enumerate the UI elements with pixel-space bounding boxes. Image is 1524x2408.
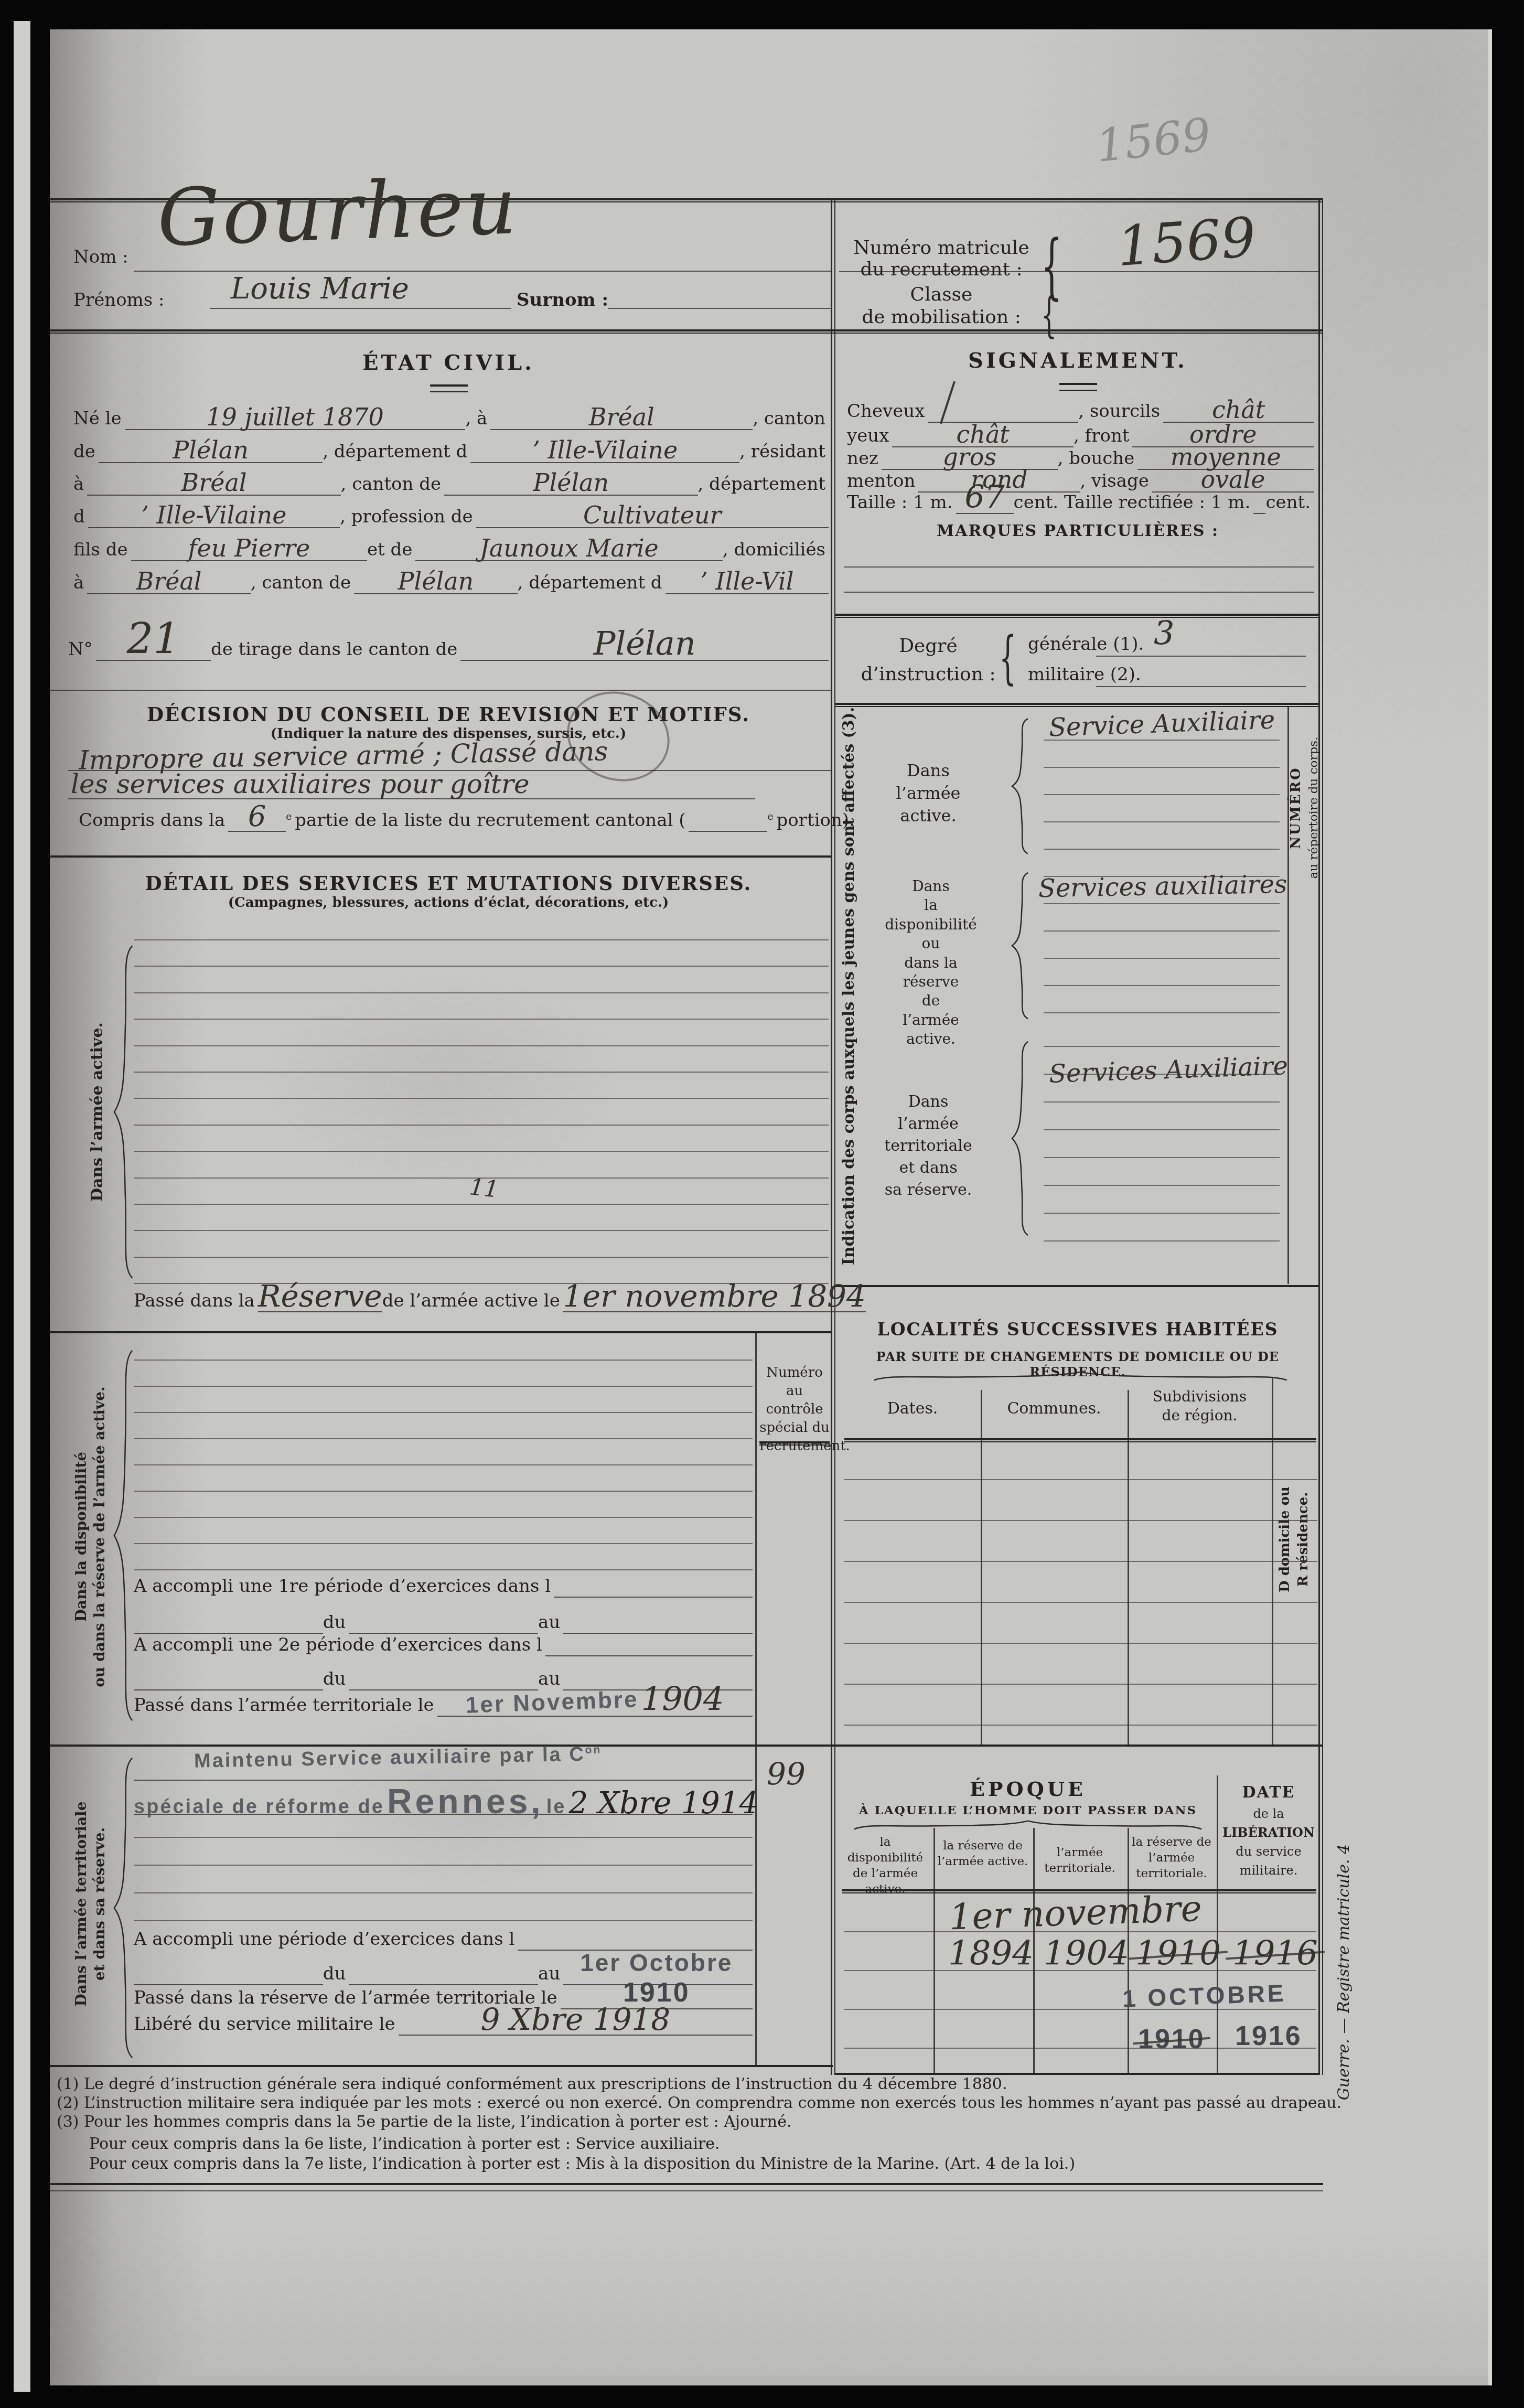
decision-hand-line2: les services auxiliaires pour goître — [71, 769, 530, 799]
epoque-hand-1904: 1904 — [1044, 1934, 1129, 1973]
controle-value: 99 — [767, 1756, 806, 1792]
rule-line — [134, 1360, 753, 1361]
brace-icon — [865, 1370, 1295, 1383]
rule-line — [844, 1643, 1317, 1644]
periode2-row: A accompli une 2e période d’exercices da… — [134, 1629, 753, 1656]
title-ornament — [430, 384, 468, 392]
rule-line — [134, 1464, 753, 1465]
rule-line — [1044, 1213, 1280, 1214]
rule-line — [1044, 903, 1280, 904]
footnote-3: (3) Pour les hommes compris dans la 5e p… — [57, 2113, 791, 2131]
generale-value: 3 — [1154, 614, 1174, 652]
decision-title: DÉCISION DU CONSEIL DE REVISION ET MOTIF… — [68, 703, 829, 726]
underlying-page-edge — [157, 2376, 1488, 2385]
localites-col-communes: Communes. — [981, 1399, 1128, 1418]
side-label-disponibilite: Dans la disponibilitéou dans la réserve … — [72, 1386, 109, 1687]
services-subtitle: (Campagnes, blessures, actions d’éclat, … — [68, 895, 829, 911]
controle-header: Numéro au contrôle spécial du recrutemen… — [759, 1364, 830, 1455]
localites-col-subdivisions: Subdivisionsde région. — [1128, 1387, 1272, 1426]
footnote-4: Pour ceux compris dans la 6e liste, l’in… — [89, 2135, 720, 2153]
rule-line — [1044, 794, 1280, 795]
periode3-row: A accompli une période d’exercices dans … — [134, 1923, 753, 1951]
rule-line — [1044, 740, 1280, 741]
decision-bottom — [50, 855, 831, 858]
rule-line — [134, 1045, 829, 1046]
rule-line — [134, 1920, 753, 1921]
epoque-hand-1916-struck: 1916 — [1232, 1934, 1318, 1973]
section-divider — [50, 1745, 1323, 1747]
militaire-line — [1096, 686, 1306, 687]
surnom-underline — [608, 308, 831, 309]
column-divider — [831, 198, 835, 2075]
frame-right — [1318, 198, 1323, 2075]
epoque-col1: la disponibilité de l’armée active. — [840, 1835, 930, 1898]
rule-line — [1044, 849, 1280, 850]
rule-line — [1044, 1129, 1280, 1130]
epoque-stamp-1910-struck: 1910 — [1138, 2024, 1205, 2055]
footnote-1: (1) Le degré d’instruction générale sera… — [57, 2075, 1007, 2093]
prenoms-value: Louis Marie — [231, 272, 409, 306]
localites-divider — [1128, 1390, 1129, 1745]
side-label-corps: Indication des corps auxquels les jeunes… — [840, 707, 858, 1265]
nom-label: Nom : — [73, 247, 128, 267]
epoque-divider — [933, 1828, 935, 2073]
rule-line — [844, 1520, 1317, 1521]
signalement-row: Cheveux , sourcils chât — [847, 395, 1314, 423]
rule-line — [1044, 876, 1280, 877]
rule-line — [844, 1684, 1317, 1685]
matricule-label: Numéro matriculedu recrutement : — [850, 237, 1033, 280]
localites-top — [835, 1285, 1318, 1287]
rule-line — [134, 992, 829, 993]
passe-territoriale-row: Passé dans l’armée territoriale le 1er N… — [134, 1689, 753, 1717]
rule-line — [1044, 1012, 1280, 1013]
localites-dr-label: D domicile ouR résidence. — [1276, 1486, 1313, 1592]
signalement-title: SIGNALEMENT. — [839, 348, 1316, 373]
adjacent-page-edge — [14, 21, 30, 2392]
rule-line — [134, 1072, 829, 1073]
footnote-5: Pour ceux compris dans la 7e liste, l’in… — [89, 2155, 1075, 2173]
corps-dispo-value: Services auxiliaires — [1038, 870, 1287, 903]
rule-line — [844, 2048, 1316, 2049]
maintenu-stamp-line2: spéciale de réforme de Rennes, le 2 Xbre… — [134, 1781, 758, 1821]
section-divider — [50, 1331, 831, 1333]
nom-value: Gourheu — [156, 167, 520, 258]
rule-line — [134, 1283, 829, 1284]
rule-line — [134, 1098, 829, 1099]
localites-title: LOCALITÉS SUCCESSIVES HABITÉES — [839, 1319, 1316, 1340]
passe-reserve-row: Passé dans la Réserve de l’armée active … — [134, 1285, 831, 1312]
compris-row: Compris dans la 6 e partie de la liste d… — [79, 805, 792, 832]
rule-line — [1044, 1157, 1280, 1158]
signalement-taille-row: Taille : 1 m. 67 cent. Taille rectifiée … — [847, 487, 1314, 514]
tirage-row: N° 21 de tirage dans le canton de Plélan — [68, 634, 829, 661]
frame-bottom-left — [50, 2065, 833, 2067]
rule-line — [844, 1561, 1317, 1562]
epoque-col4: la réserve de l’armée territoriale. — [1130, 1835, 1214, 1882]
epoque-hand-1910-struck: 1910 — [1135, 1934, 1221, 1973]
rule-line — [134, 1438, 753, 1439]
rule-line — [844, 1970, 1316, 1971]
rule-line — [134, 1204, 829, 1205]
etat-civil-row: à Bréal , canton de Plélan , département… — [73, 567, 829, 594]
etat-civil-row: fils de feu Pierre et de Jaunoux Marie ,… — [73, 534, 829, 561]
title-ornament — [1059, 383, 1097, 391]
side-label-armee-active: Dans l’armée active. — [88, 1022, 106, 1202]
periode1-row: A accompli une 1re période d’exercices d… — [134, 1570, 753, 1598]
militaire-label: militaire (2). — [1028, 664, 1141, 685]
rule-line — [134, 1865, 753, 1866]
signalement-bottom — [835, 614, 1318, 618]
rule-line — [1044, 1074, 1280, 1075]
header-bottom — [50, 329, 1323, 334]
rule-line — [134, 1019, 829, 1020]
rule-line — [134, 1230, 829, 1231]
epoque-stamp-octobre: 1 OCTOBRE — [1122, 1979, 1286, 2013]
brace-icon — [1010, 870, 1031, 1022]
generale-line — [1096, 656, 1306, 657]
rule-line — [844, 1602, 1317, 1603]
epoque-title: ÉPOQUE — [839, 1777, 1217, 1801]
epoque-col3: l’armée territoriale. — [1035, 1845, 1124, 1877]
etat-civil-row: à Bréal , canton de Plélan , département — [73, 468, 829, 496]
services-title: DÉTAIL DES SERVICES ET MUTATIONS DIVERSE… — [68, 872, 829, 895]
footnote-2: (2) L’instruction militaire sera indiqué… — [57, 2094, 1341, 2112]
rule-line — [134, 966, 829, 967]
rule-line — [134, 1151, 829, 1152]
rule-line — [1044, 821, 1280, 822]
rule-line — [1044, 930, 1280, 932]
rule-line — [844, 1725, 1317, 1726]
scanned-register-page: 1569 Nom : Gourheu P — [0, 0, 1524, 2408]
rule-line — [1044, 1101, 1280, 1103]
prenoms-underline — [210, 308, 511, 309]
marques-line — [844, 592, 1314, 593]
rule-line — [844, 1931, 1316, 1932]
controle-column-divider — [755, 1331, 757, 2065]
generale-label: générale (1). — [1028, 634, 1144, 655]
rule-line — [1044, 1185, 1280, 1186]
numero-repertoire-label: NUMÉRO au répertoire du corps. — [1286, 737, 1323, 879]
rule-line — [134, 1837, 753, 1838]
rule-line — [1044, 958, 1280, 959]
rule-line — [134, 1543, 753, 1544]
rule-line — [134, 1178, 829, 1179]
rule-line — [844, 2009, 1316, 2010]
epoque-stamp-1916: 1916 — [1235, 2020, 1302, 2052]
surnom-label: Surnom : — [517, 290, 608, 311]
rule-line — [134, 1125, 829, 1126]
tirage-separator — [50, 690, 831, 691]
footnote-rule — [50, 2190, 1323, 2191]
corps-active-label: Dansl’armée active. — [881, 759, 975, 828]
marques-line — [844, 566, 1314, 568]
localites-col-dates: Dates. — [844, 1399, 981, 1418]
localites-divider — [981, 1390, 982, 1745]
rule-line — [134, 939, 829, 940]
prenoms-label: Prénoms : — [73, 290, 165, 311]
classe-label: Classede mobilisation : — [850, 283, 1033, 328]
brace-icon — [1010, 1037, 1031, 1239]
etat-civil-row: d ’ Ille-Vilaine , profession de Cultiva… — [73, 501, 829, 528]
rule-line — [134, 1386, 753, 1387]
marques-label: MARQUES PARTICULIÈRES : — [839, 522, 1316, 540]
brace-icon — [111, 1343, 135, 1728]
etat-civil-row: de Plélan , département d ’ Ille-Vilaine… — [73, 436, 829, 463]
corps-dispo-label: Dansla disponibilitéou dans la réservede… — [881, 877, 981, 1049]
rule-line — [844, 1479, 1317, 1480]
epoque-date-divider — [1217, 1775, 1218, 2073]
rule-line — [134, 1491, 753, 1492]
epoque-col2: la réserve de l’armée active. — [936, 1838, 1030, 1870]
rule-line — [134, 1412, 753, 1413]
brace-icon — [1010, 716, 1031, 857]
etat-civil-row: Né le 19 juillet 1870 , à Bréal , canton — [73, 403, 829, 430]
footnote-rule — [50, 2183, 1323, 2185]
brace-icon — [111, 939, 135, 1285]
brace-icon — [111, 1752, 135, 2064]
rule-line — [1044, 1240, 1280, 1242]
instruction-label: Degréd’instruction : — [860, 632, 996, 689]
epoque-date-col: DATE de la LIBÉRATION du service militai… — [1219, 1781, 1318, 1880]
rule-line — [134, 1257, 829, 1258]
rule-line — [1044, 1046, 1280, 1047]
brace-icon: { — [1041, 287, 1057, 343]
rule-line — [1044, 985, 1280, 986]
epoque-subtitle: À LAQUELLE L’HOMME DOIT PASSER DANS — [839, 1803, 1217, 1817]
localites-header-rule — [844, 1438, 1316, 1442]
rule-line — [1044, 767, 1280, 768]
libere-row: Libéré du service militaire le 9 Xbre 19… — [134, 2008, 753, 2036]
side-label-territoriale: Dans l’armée territorialeet dans sa rése… — [72, 1801, 109, 2006]
epoque-hand-1894: 1894 — [948, 1934, 1034, 1973]
matricule-value: 1569 — [1115, 205, 1258, 279]
rule-line — [134, 1892, 753, 1893]
brace-icon — [847, 1819, 1209, 1832]
stamp-underline — [134, 1780, 753, 1781]
margin-imprint: Guerre. — Registre matricule. 4 — [1335, 1844, 1353, 2100]
etat-civil-title: ÉTAT CIVIL. — [68, 350, 829, 375]
rule-line — [134, 1517, 753, 1518]
rule-line — [134, 1569, 753, 1570]
brace-icon: { — [999, 625, 1016, 691]
page-edge-highlight — [1488, 29, 1492, 2385]
scan-shading — [50, 2228, 1492, 2385]
corps-territoriale-label: Dans l’arméeterritorialeet danssa réserv… — [876, 1091, 981, 1201]
